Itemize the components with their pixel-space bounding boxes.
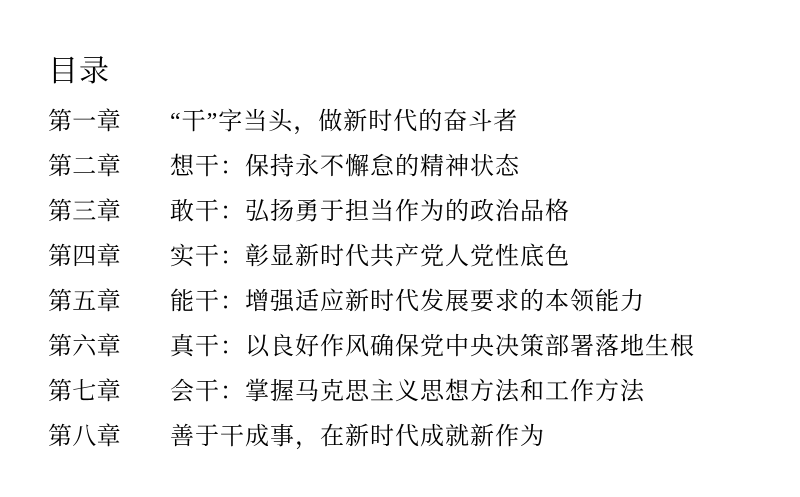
toc-row: 第五章 能干：增强适应新时代发展要求的本领能力 bbox=[48, 280, 780, 325]
toc-list: 第一章 “干”字当头，做新时代的奋斗者 第二章 想干：保持永不懈怠的精神状态 第… bbox=[48, 100, 780, 460]
toc-row: 第六章 真干：以良好作风确保党中央决策部署落地生根 bbox=[48, 325, 780, 370]
toc-row: 第八章 善于干成事，在新时代成就新作为 bbox=[48, 415, 780, 460]
toc-row: 第七章 会干：掌握马克思主义思想方法和工作方法 bbox=[48, 370, 780, 415]
chapter-title: 善于干成事，在新时代成就新作为 bbox=[170, 415, 780, 460]
chapter-label: 第六章 bbox=[48, 325, 170, 370]
toc-row: 第三章 敢干：弘扬勇于担当作为的政治品格 bbox=[48, 190, 780, 235]
chapter-label: 第三章 bbox=[48, 190, 170, 235]
chapter-title: 实干：彰显新时代共产党人党性底色 bbox=[170, 235, 780, 280]
document-page: 目录 第一章 “干”字当头，做新时代的奋斗者 第二章 想干：保持永不懈怠的精神状… bbox=[0, 0, 800, 497]
chapter-label: 第八章 bbox=[48, 415, 170, 460]
chapter-label: 第一章 bbox=[48, 100, 170, 145]
chapter-title: 能干：增强适应新时代发展要求的本领能力 bbox=[170, 280, 780, 325]
chapter-label: 第二章 bbox=[48, 145, 170, 190]
chapter-label: 第五章 bbox=[48, 280, 170, 325]
toc-title: 目录 bbox=[48, 52, 110, 92]
chapter-title: 敢干：弘扬勇于担当作为的政治品格 bbox=[170, 190, 780, 235]
chapter-title: 想干：保持永不懈怠的精神状态 bbox=[170, 145, 780, 190]
toc-row: 第四章 实干：彰显新时代共产党人党性底色 bbox=[48, 235, 780, 280]
chapter-label: 第四章 bbox=[48, 235, 170, 280]
toc-row: 第二章 想干：保持永不懈怠的精神状态 bbox=[48, 145, 780, 190]
chapter-title: 会干：掌握马克思主义思想方法和工作方法 bbox=[170, 370, 780, 415]
chapter-title: 真干：以良好作风确保党中央决策部署落地生根 bbox=[170, 325, 780, 370]
chapter-title: “干”字当头，做新时代的奋斗者 bbox=[170, 100, 780, 145]
chapter-label: 第七章 bbox=[48, 370, 170, 415]
toc-row: 第一章 “干”字当头，做新时代的奋斗者 bbox=[48, 100, 780, 145]
